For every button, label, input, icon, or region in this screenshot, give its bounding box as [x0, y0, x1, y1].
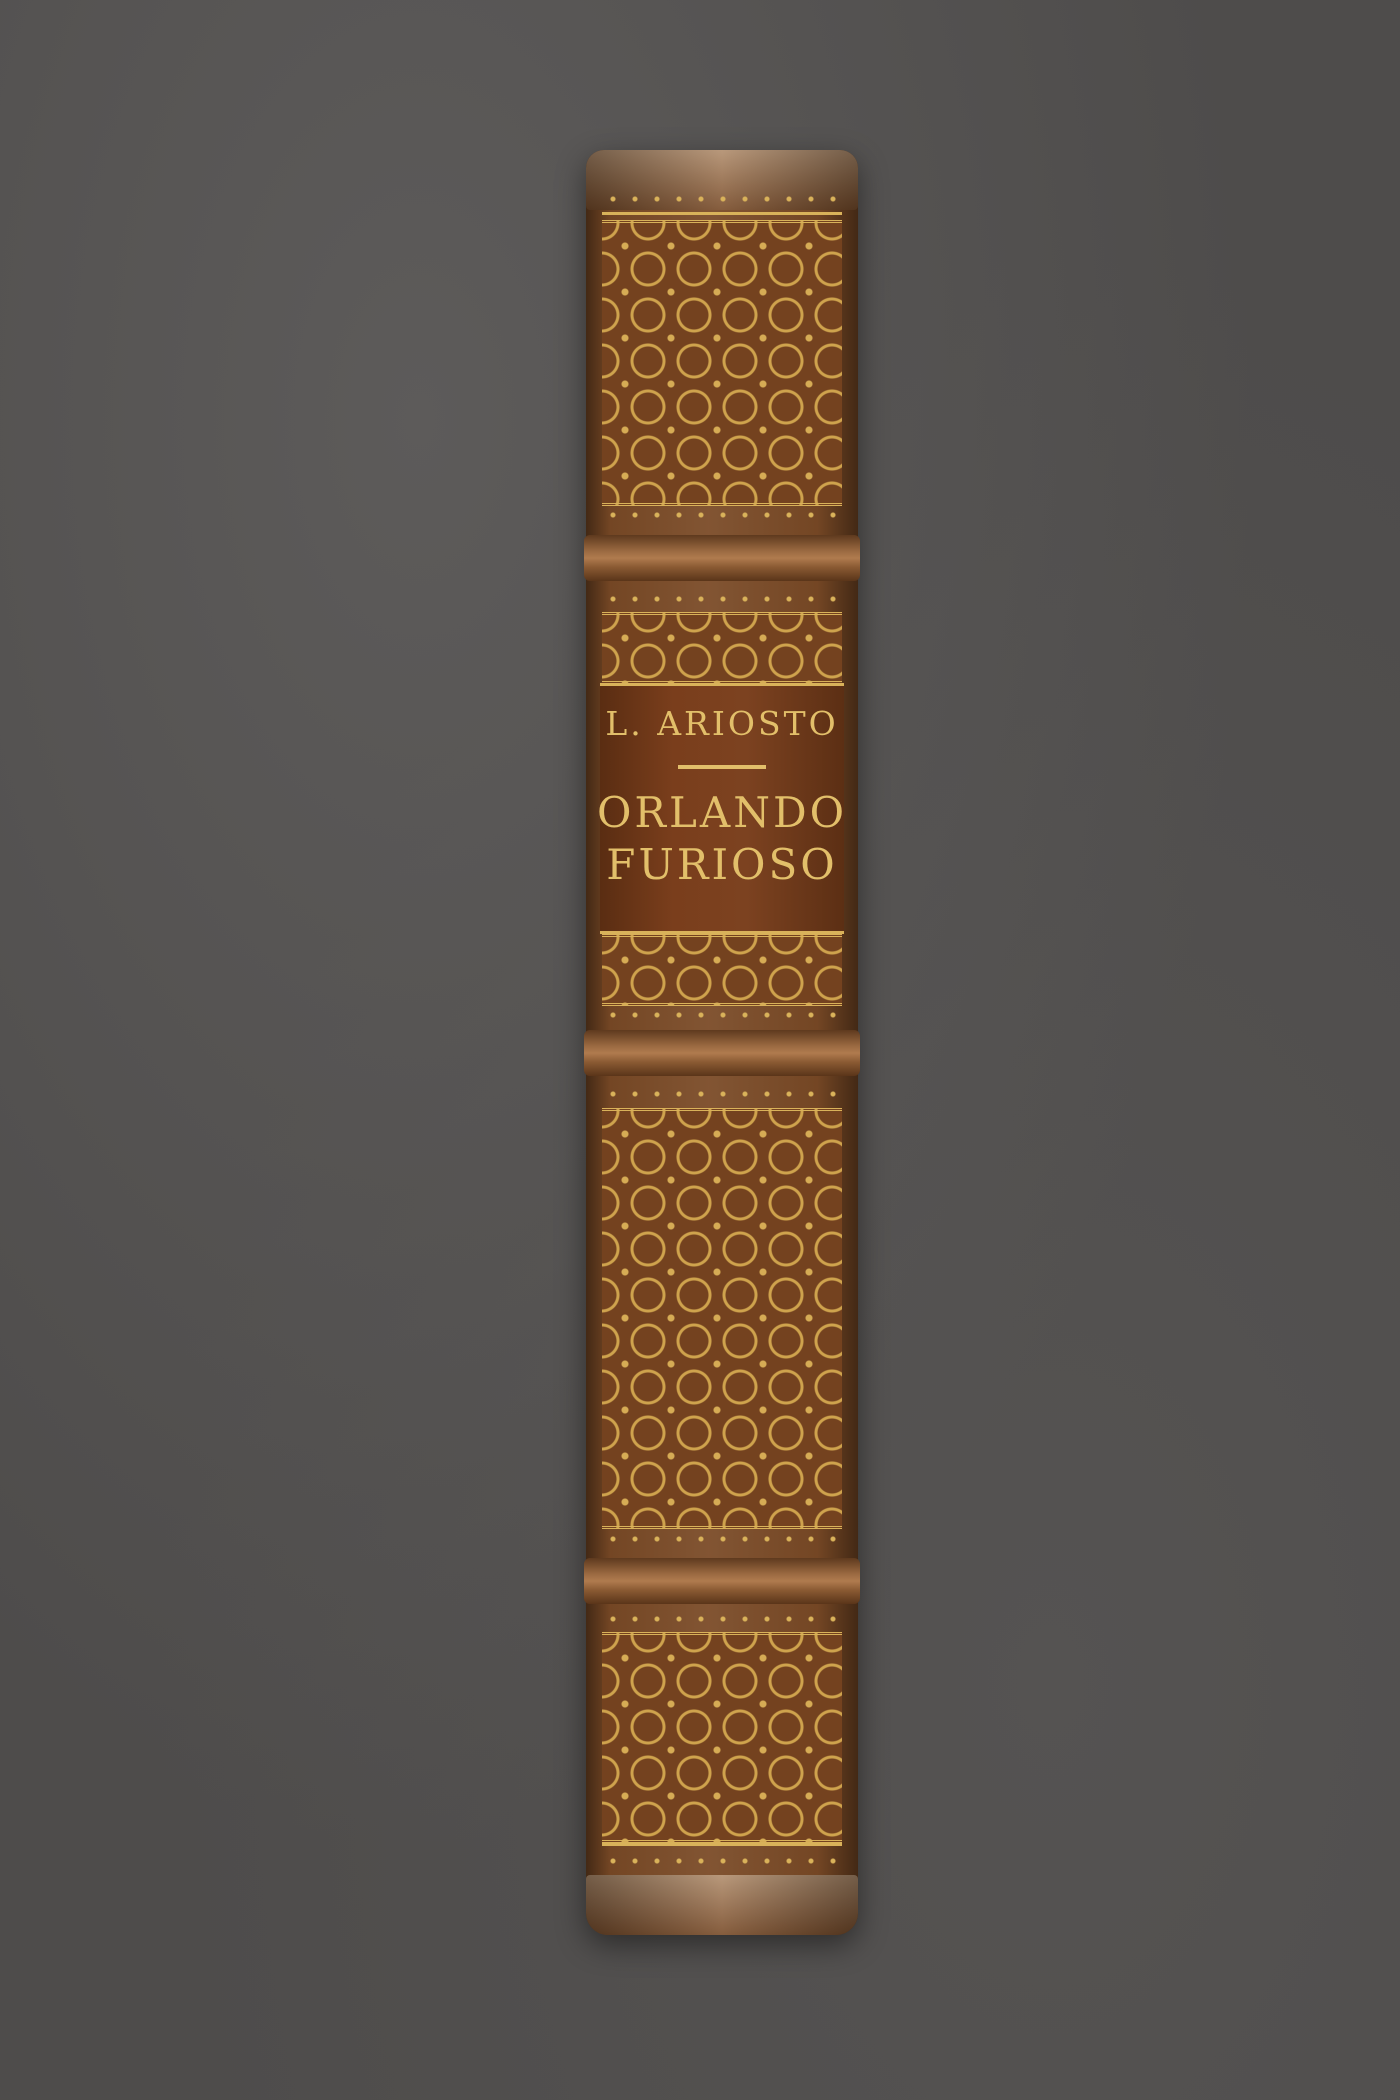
- gilt-divider-rule: [678, 765, 766, 769]
- gilt-ornament-panel-bottom: [602, 1632, 842, 1843]
- gilt-ornament-panel-main: [602, 1108, 842, 1529]
- raised-band: [584, 535, 860, 581]
- gilt-ornament-panel-top: [602, 220, 842, 506]
- spine-tailcap: [586, 1875, 858, 1935]
- gilt-ornament-panel-lower: [602, 934, 842, 1006]
- gilt-border-strip: [602, 1530, 842, 1548]
- gilt-border-strip: [602, 1610, 842, 1628]
- gilt-border-strip: [602, 1852, 842, 1870]
- book-title-line-1: ORLANDO: [597, 787, 847, 839]
- book-title-line-2: FURIOSO: [606, 839, 837, 891]
- gilt-rule: [602, 1843, 842, 1846]
- raised-band: [584, 1030, 860, 1076]
- book-spine: L. ARIOSTO ORLANDO FURIOSO: [586, 150, 858, 1935]
- gilt-border-strip: [602, 506, 842, 524]
- gilt-rule: [602, 212, 842, 215]
- gilt-border-strip: [602, 1085, 842, 1103]
- gilt-border-strip: [602, 590, 842, 608]
- raised-band: [584, 1558, 860, 1604]
- gilt-border-strip: [602, 1006, 842, 1024]
- title-label: L. ARIOSTO ORLANDO FURIOSO: [600, 683, 844, 934]
- gilt-ornament-panel-upper: [602, 612, 842, 684]
- author-name: L. ARIOSTO: [605, 704, 838, 743]
- gilt-border-strip: [602, 190, 842, 208]
